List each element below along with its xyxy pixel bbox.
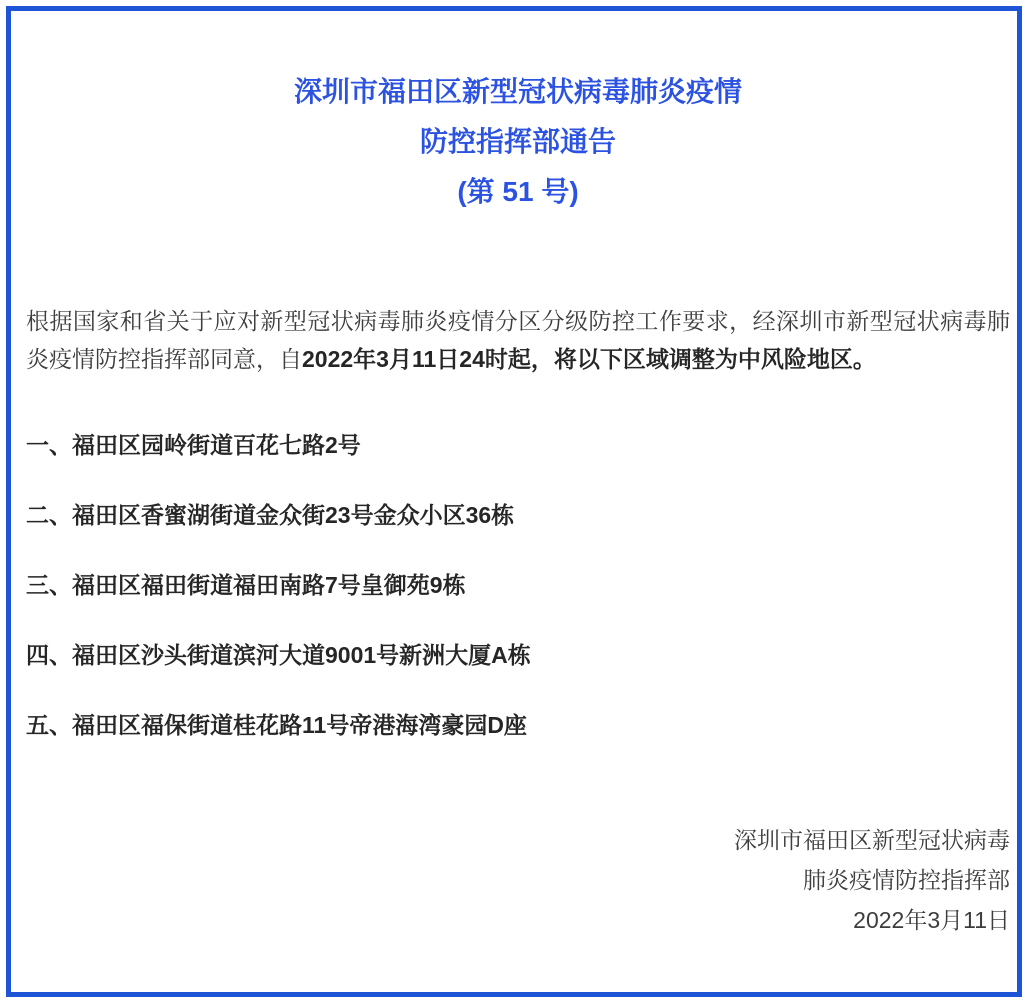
notice-title-block: 深圳市福田区新型冠状病毒肺炎疫情 防控指挥部通告 (第 51 号) <box>26 78 1010 206</box>
notice-body-paragraph: 根据国家和省关于应对新型冠状病毒肺炎疫情分区分级防控工作要求，经深圳市新型冠状病… <box>26 302 1010 378</box>
intro-text-bold: 2022年3月11日24时起，将以下区域调整为中风险地区。 <box>302 346 876 372</box>
risk-area-item-5: 五、福田区福保街道桂花路11号帝港海湾豪园D座 <box>26 706 1010 744</box>
notice-border-frame: 深圳市福田区新型冠状病毒肺炎疫情 防控指挥部通告 (第 51 号) 根据国家和省… <box>6 6 1022 997</box>
notice-title-line-2: 防控指挥部通告 <box>26 128 1010 156</box>
signature-org-line-1: 深圳市福田区新型冠状病毒 <box>26 820 1010 860</box>
notice-number-line: (第 51 号) <box>26 178 1010 206</box>
notice-title-line-1: 深圳市福田区新型冠状病毒肺炎疫情 <box>26 78 1010 106</box>
risk-area-list: 一、福田区园岭街道百花七路2号 二、福田区香蜜湖街道金众街23号金众小区36栋 … <box>26 426 1010 744</box>
risk-area-item-1: 一、福田区园岭街道百花七路2号 <box>26 426 1010 464</box>
signature-block: 深圳市福田区新型冠状病毒 肺炎疫情防控指挥部 2022年3月11日 <box>26 820 1010 940</box>
notice-content: 深圳市福田区新型冠状病毒肺炎疫情 防控指挥部通告 (第 51 号) 根据国家和省… <box>16 11 1016 940</box>
risk-area-item-2: 二、福田区香蜜湖街道金众街23号金众小区36栋 <box>26 496 1010 534</box>
risk-area-item-3: 三、福田区福田街道福田南路7号皇御苑9栋 <box>26 566 1010 604</box>
risk-area-item-4: 四、福田区沙头街道滨河大道9001号新洲大厦A栋 <box>26 636 1010 674</box>
signature-date: 2022年3月11日 <box>26 900 1010 940</box>
signature-org-line-2: 肺炎疫情防控指挥部 <box>26 860 1010 900</box>
